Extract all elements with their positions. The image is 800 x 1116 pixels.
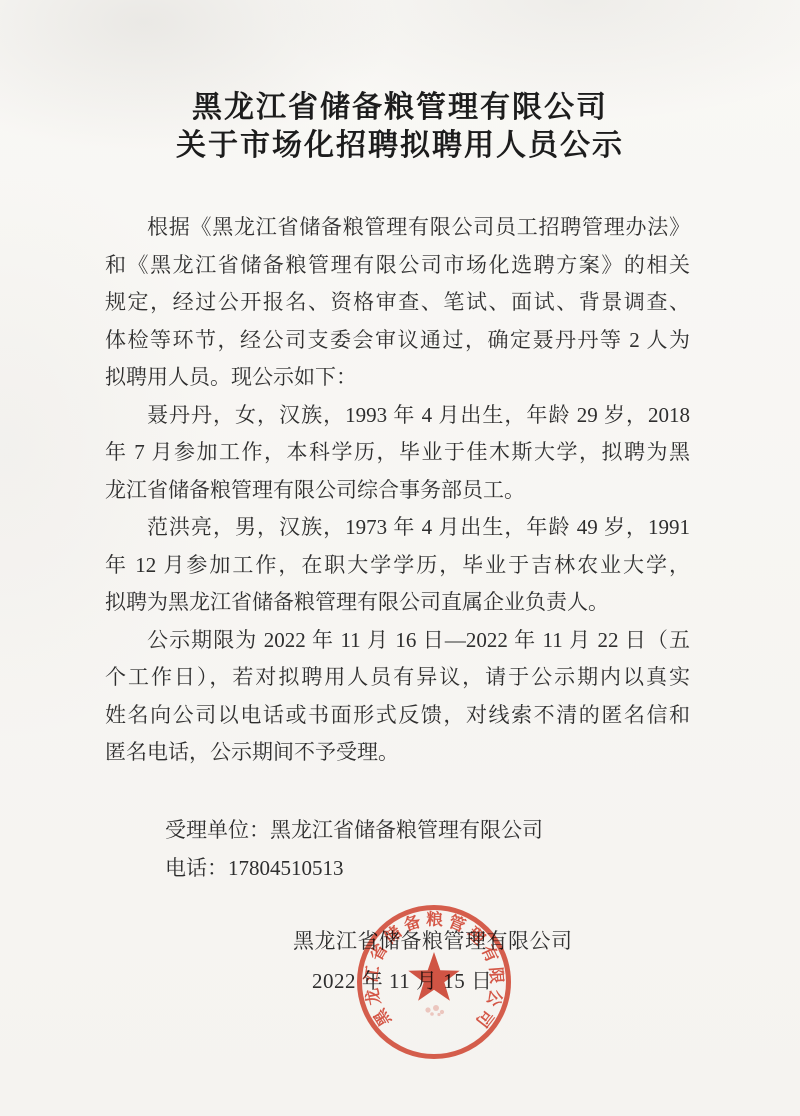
title-line-1: 黑龙江省储备粮管理有限公司 bbox=[0, 88, 800, 128]
paragraph-line: 根据《黑龙江省储备粮管理有限公司员工招聘管理办法》 bbox=[105, 209, 690, 247]
contact-phone-line: 电话：17804510513 bbox=[165, 850, 665, 888]
paragraph-line: 规定，经过公开报名、资格审查、笔试、面试、背景调查、 bbox=[105, 284, 690, 322]
document-body: 根据《黑龙江省储备粮管理有限公司员工招聘管理办法》 和《黑龙江省储备粮管理有限公… bbox=[105, 209, 690, 772]
contact-unit-line: 受理单位：黑龙江省储备粮管理有限公司 bbox=[165, 812, 665, 850]
contact-block: 受理单位：黑龙江省储备粮管理有限公司 电话：17804510513 bbox=[165, 812, 665, 887]
body-paragraph-2: 聂丹丹，女，汉族，1993 年 4 月出生，年龄 29 岁，2018 年 7 月… bbox=[105, 397, 690, 510]
paragraph-line: 体检等环节，经公司支委会审议通过，确定聂丹丹等 2 人为 bbox=[105, 322, 690, 360]
seal-star-icon bbox=[408, 952, 459, 1001]
paragraph-line: 拟聘为黑龙江省储备粮管理有限公司直属企业负责人。 bbox=[105, 584, 690, 622]
paragraph-line: 年 7 月参加工作，本科学历，毕业于佳木斯大学，拟聘为黑 bbox=[105, 434, 690, 472]
paragraph-line: 姓名向公司以电话或书面形式反馈，对线索不清的匿名信和 bbox=[105, 697, 690, 735]
paragraph-line: 年 12 月参加工作，在职大学学历，毕业于吉林农业大学， bbox=[105, 547, 690, 585]
paragraph-line: 个工作日），若对拟聘用人员有异议，请于公示期内以真实 bbox=[105, 659, 690, 697]
body-paragraph-3: 范洪亮，男，汉族，1973 年 4 月出生，年龄 49 岁，1991 年 12 … bbox=[105, 509, 690, 622]
paragraph-line: 匿名电话，公示期间不予受理。 bbox=[105, 734, 690, 772]
company-seal: 黑龙江省储备粮管理有限公司 bbox=[354, 902, 514, 1062]
body-paragraph-1: 根据《黑龙江省储备粮管理有限公司员工招聘管理办法》 和《黑龙江省储备粮管理有限公… bbox=[105, 209, 690, 397]
seal-graphic: 黑龙江省储备粮管理有限公司 bbox=[354, 902, 514, 1062]
paragraph-line: 范洪亮，男，汉族，1973 年 4 月出生，年龄 49 岁，1991 bbox=[105, 509, 690, 547]
paragraph-line: 聂丹丹，女，汉族，1993 年 4 月出生，年龄 29 岁，2018 bbox=[105, 397, 690, 435]
document-page: 黑龙江省储备粮管理有限公司 关于市场化招聘拟聘用人员公示 根据《黑龙江省储备粮管… bbox=[0, 0, 800, 1116]
paragraph-line: 和《黑龙江省储备粮管理有限公司市场化选聘方案》的相关 bbox=[105, 247, 690, 285]
title-line-2: 关于市场化招聘拟聘用人员公示 bbox=[0, 126, 800, 166]
paragraph-line: 龙江省储备粮管理有限公司综合事务部员工。 bbox=[105, 472, 690, 510]
paragraph-line: 拟聘用人员。现公示如下： bbox=[105, 359, 690, 397]
body-paragraph-4: 公示期限为 2022 年 11 月 16 日—2022 年 11 月 22 日（… bbox=[105, 622, 690, 772]
seal-code-mark bbox=[425, 1005, 444, 1016]
paragraph-line: 公示期限为 2022 年 11 月 16 日—2022 年 11 月 22 日（… bbox=[105, 622, 690, 660]
